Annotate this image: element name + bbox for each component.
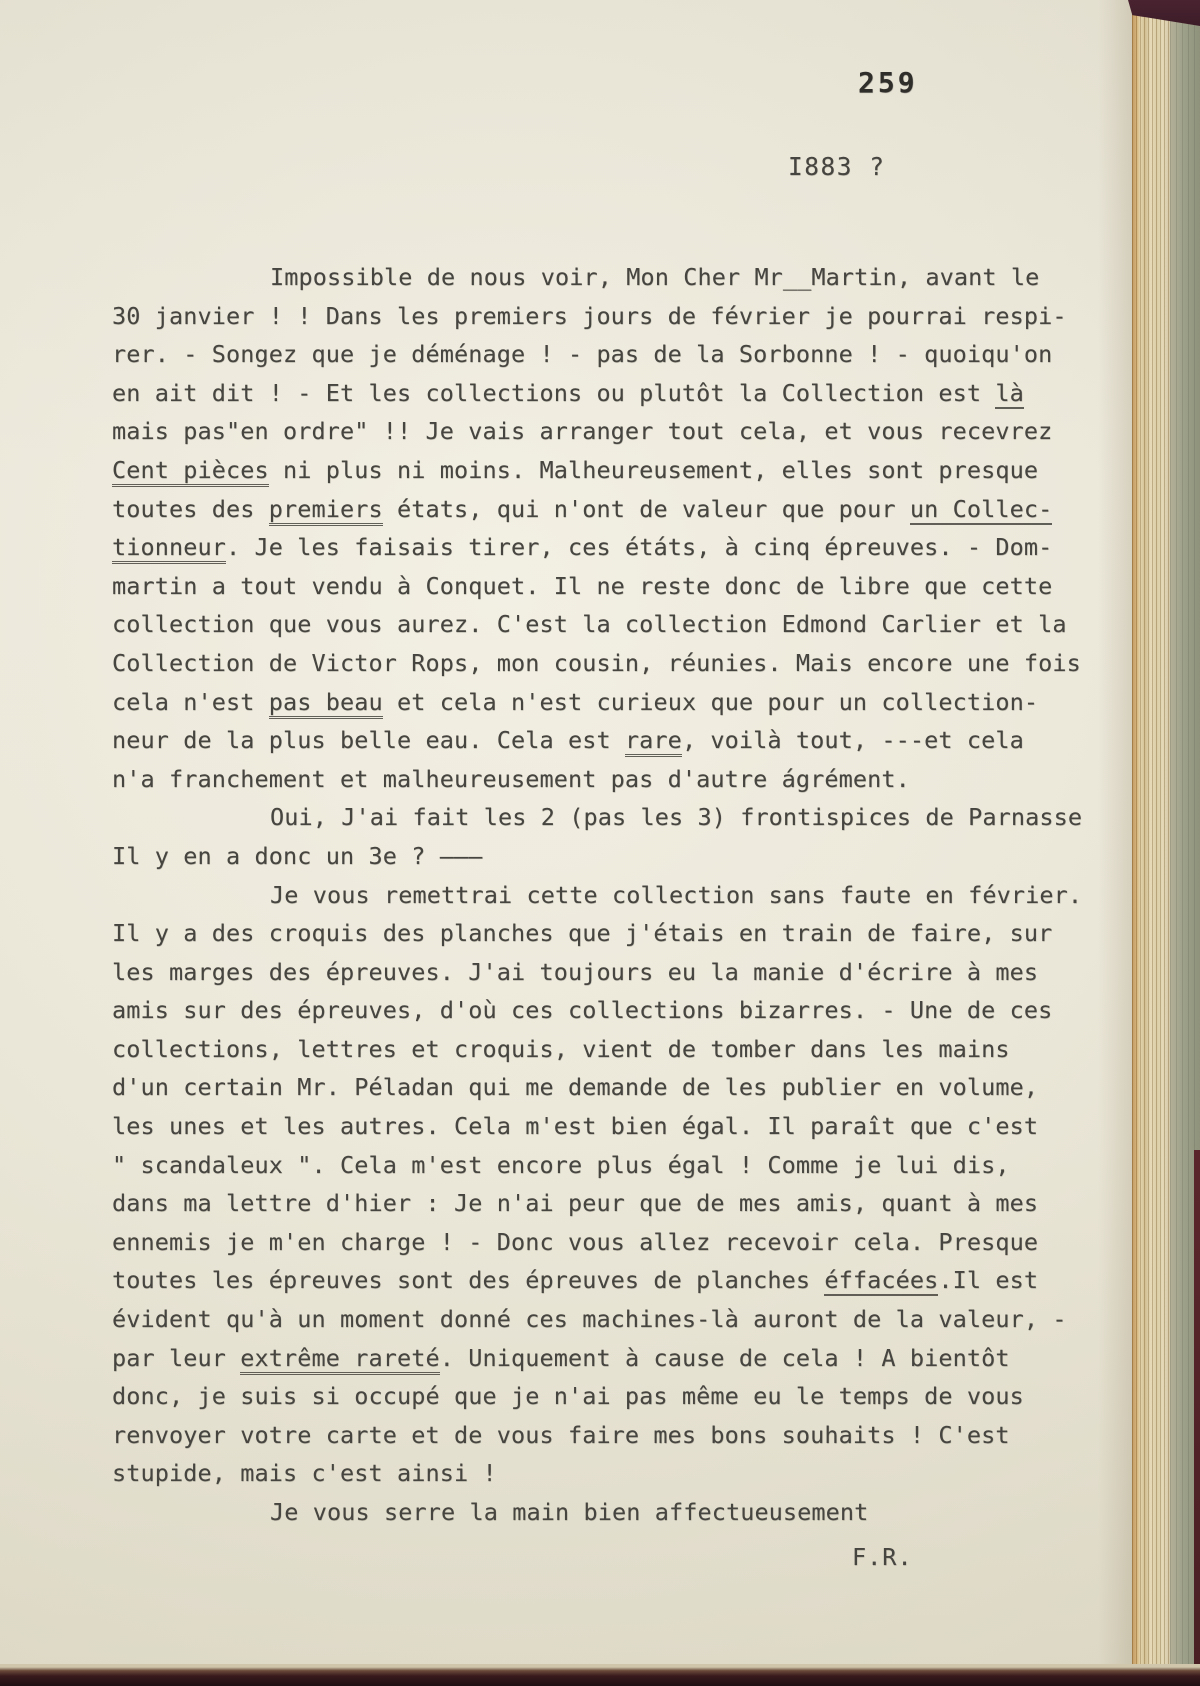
letter-line: Oui, J'ai fait les 2 (pas les 3) frontis… <box>112 798 1112 837</box>
letter-line: Il y en a donc un 3e ? ——— <box>112 837 1112 876</box>
text-segment: par leur <box>112 1344 240 1372</box>
text-segment: Je vous serre la main bien affectueuseme… <box>270 1498 868 1526</box>
letter-line: Cent pièces ni plus ni moins. Malheureus… <box>112 451 1112 490</box>
text-segment: cela n'est <box>112 688 269 716</box>
text-segment: les unes et les autres. Cela m'est bien … <box>112 1112 1038 1140</box>
letter-line: Je vous serre la main bien affectueuseme… <box>112 1493 1112 1532</box>
text-segment: d'un certain Mr. Péladan qui me demande … <box>112 1073 1038 1101</box>
text-segment: amis sur des épreuves, d'où ces collecti… <box>112 996 1052 1024</box>
underlined-text: éffacées <box>824 1266 938 1296</box>
letter-line: cela n'est pas beau et cela n'est curieu… <box>112 683 1112 722</box>
text-segment: . Uniquement à cause de cela ! A bientôt <box>440 1344 1010 1372</box>
text-segment: martin a tout vendu à Conquet. Il ne res… <box>112 572 1052 600</box>
letter-line: stupide, mais c'est ainsi ! <box>112 1454 1112 1493</box>
text-segment: mais pas"en ordre" !! Je vais arranger t… <box>112 417 1052 445</box>
text-segment: ennemis je m'en charge ! - Donc vous all… <box>112 1228 1038 1256</box>
letter-line: en ait dit ! - Et les collections ou plu… <box>112 374 1112 413</box>
letter-line: évident qu'à un moment donné ces machine… <box>112 1300 1112 1339</box>
text-segment: renvoyer votre carte et de vous faire me… <box>112 1421 1010 1449</box>
text-segment: ni plus ni moins. Malheureusement, elles… <box>269 456 1038 484</box>
underlined-text: pas beau <box>269 688 383 719</box>
letter-line: rer. - Songez que je déménage ! - pas de… <box>112 335 1112 374</box>
letter-line: 30 janvier ! ! Dans les premiers jours d… <box>112 297 1112 336</box>
text-segment: états, qui n'ont de valeur que pour <box>383 495 910 523</box>
letter-line: les unes et les autres. Cela m'est bien … <box>112 1107 1112 1146</box>
book-cover-right-sliver <box>1194 1150 1200 1686</box>
letter-line: mais pas"en ordre" !! Je vais arranger t… <box>112 412 1112 451</box>
text-segment: rer. - Songez que je déménage ! - pas de… <box>112 340 1052 368</box>
text-segment: et cela n'est curieux que pour un collec… <box>383 688 1038 716</box>
letter-line: les marges des épreuves. J'ai toujours e… <box>112 953 1112 992</box>
letter-line: Je vous remettrai cette collection sans … <box>112 876 1112 915</box>
text-segment: toutes des <box>112 495 269 523</box>
letter-line: collection que vous aurez. C'est la coll… <box>112 605 1112 644</box>
text-segment: " scandaleux ". Cela m'est encore plus é… <box>112 1151 1010 1179</box>
text-segment: stupide, mais c'est ainsi ! <box>112 1459 497 1487</box>
letter-line: neur de la plus belle eau. Cela est rare… <box>112 721 1112 760</box>
text-segment: collections, lettres et croquis, vient d… <box>112 1035 1010 1063</box>
text-segment: Il y a des croquis des planches que j'ét… <box>112 919 1052 947</box>
underlined-text: Cent pièces <box>112 456 269 487</box>
page-number: 259 <box>858 66 918 99</box>
letter-line: toutes les épreuves sont des épreuves de… <box>112 1261 1112 1300</box>
text-segment: Impossible de nous voir, Mon Cher Mr__Ma… <box>270 263 1039 291</box>
letter-line: amis sur des épreuves, d'où ces collecti… <box>112 991 1112 1030</box>
text-segment: Oui, J'ai fait les 2 (pas les 3) frontis… <box>270 803 1082 831</box>
letter-body: Impossible de nous voir, Mon Cher Mr__Ma… <box>112 258 1112 1532</box>
letter-line: tionneur. Je les faisais tirer, ces étát… <box>112 528 1112 567</box>
text-segment: .Il est <box>938 1266 1038 1294</box>
text-segment: , voilà tout, ---et cela <box>682 726 1024 754</box>
letter-line: Collection de Victor Rops, mon cousin, r… <box>112 644 1112 683</box>
text-segment: en ait dit ! - Et les collections ou plu… <box>112 379 995 407</box>
underlined-text: là <box>995 379 1024 409</box>
text-segment: neur de la plus belle eau. Cela est <box>112 726 625 754</box>
letter-line: collections, lettres et croquis, vient d… <box>112 1030 1112 1069</box>
underlined-text: extrême rareté <box>240 1344 439 1375</box>
letter-line: par leur extrême rareté. Uniquement à ca… <box>112 1339 1112 1378</box>
letter-line: Impossible de nous voir, Mon Cher Mr__Ma… <box>112 258 1112 297</box>
letter-line: ennemis je m'en charge ! - Donc vous all… <box>112 1223 1112 1262</box>
letter-page: 259 I883 ? Impossible de nous voir, Mon … <box>0 0 1200 1686</box>
text-segment: dans ma lettre d'hier : Je n'ai peur que… <box>112 1189 1038 1217</box>
underlined-text: un Collec- <box>910 495 1052 525</box>
date-line: I883 ? <box>788 152 886 181</box>
letter-line: d'un certain Mr. Péladan qui me demande … <box>112 1068 1112 1107</box>
text-segment: 30 janvier ! ! Dans les premiers jours d… <box>112 302 1067 330</box>
book-bottom-edge <box>0 1664 1200 1686</box>
text-segment: n'a franchement et malheureusement pas d… <box>112 765 910 793</box>
book-page-edges <box>1132 0 1170 1672</box>
letter-line: Il y a des croquis des planches que j'ét… <box>112 914 1112 953</box>
signature: F.R. <box>852 1543 913 1571</box>
letter-line: martin a tout vendu à Conquet. Il ne res… <box>112 567 1112 606</box>
text-segment: évident qu'à un moment donné ces machine… <box>112 1305 1067 1333</box>
letter-line: toutes des premiers états, qui n'ont de … <box>112 490 1112 529</box>
text-segment: toutes les épreuves sont des épreuves de… <box>112 1266 824 1294</box>
text-segment: . Je les faisais tirer, ces étáts, à cin… <box>226 533 1052 561</box>
text-segment: Je vous remettrai cette collection sans … <box>270 881 1082 909</box>
letter-line: donc, je suis si occupé que je n'ai pas … <box>112 1377 1112 1416</box>
underlined-text: tionneur <box>112 533 226 564</box>
paper-edge-shadow <box>1098 0 1132 1668</box>
text-segment: donc, je suis si occupé que je n'ai pas … <box>112 1382 1024 1410</box>
underlined-text: rare <box>625 726 682 757</box>
text-segment: Il y en a donc un 3e ? ——— <box>112 842 482 870</box>
letter-line: dans ma lettre d'hier : Je n'ai peur que… <box>112 1184 1112 1223</box>
letter-line: n'a franchement et malheureusement pas d… <box>112 760 1112 799</box>
underlined-text: premiers <box>269 495 383 526</box>
letter-line: renvoyer votre carte et de vous faire me… <box>112 1416 1112 1455</box>
text-segment: Collection de Victor Rops, mon cousin, r… <box>112 649 1081 677</box>
text-segment: collection que vous aurez. C'est la coll… <box>112 610 1067 638</box>
text-segment: les marges des épreuves. J'ai toujours e… <box>112 958 1038 986</box>
letter-line: " scandaleux ". Cela m'est encore plus é… <box>112 1146 1112 1185</box>
